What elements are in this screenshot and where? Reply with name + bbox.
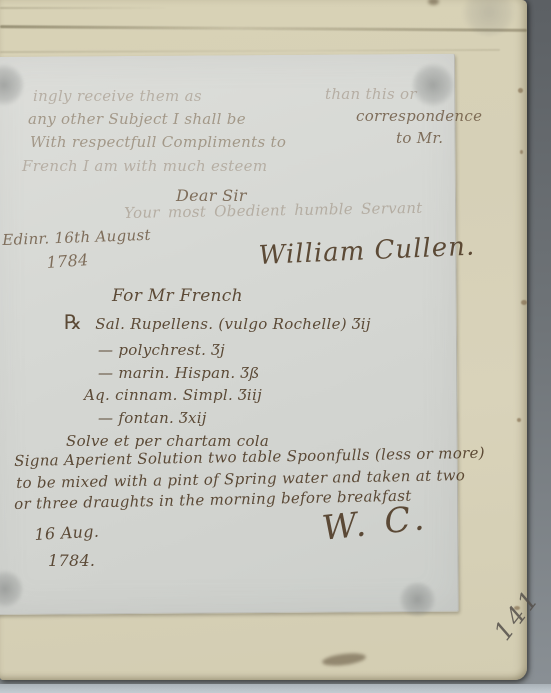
- foxing-spot: [518, 88, 523, 93]
- foxing-spot: [521, 300, 527, 305]
- letter-line-faded-3b: to Mr.: [396, 129, 443, 148]
- letter-line-faded-2b: correspondence: [356, 107, 482, 126]
- letter-line-faded-1b: than this or: [325, 85, 417, 104]
- prescription-item: Aq. cinnam. Simpl. Ʒiij: [84, 386, 262, 405]
- letter-line-faded-3a: With respectfull Compliments to: [30, 133, 286, 152]
- page-crease: [0, 7, 170, 9]
- letter-line-faded-4: French I am with much esteem: [22, 157, 267, 176]
- dateline-year: 1784: [46, 250, 89, 273]
- letter-line-faded-2a: any other Subject I shall be: [28, 110, 246, 129]
- foxing-spot: [517, 418, 521, 422]
- rx-symbol: ℞: [64, 310, 82, 334]
- prescription-item: — marin. Hispan. Ʒß: [98, 364, 260, 383]
- prescription-heading: For Mr French: [112, 286, 243, 307]
- letter-line-faded-1a: ingly receive them as: [33, 87, 202, 106]
- table-surface: [0, 684, 551, 693]
- prescription-date-year: 1784.: [48, 551, 95, 571]
- foxing-spot: [520, 150, 523, 154]
- prescription-line: ℞Sal. Rupellens. (vulgo Rochelle) Ʒij: [64, 310, 371, 335]
- prescription-item: Sal. Rupellens. (vulgo Rochelle) Ʒij: [95, 315, 371, 333]
- prescription-item: — fontan. Ʒxij: [98, 409, 207, 428]
- prescription-date-day: 16 Aug.: [34, 522, 100, 545]
- photo-canvas: 141 ingly receive them as than this or a…: [0, 0, 551, 693]
- prescription-item: — polychrest. Ʒj: [98, 341, 225, 360]
- adhesive-smudge: [412, 63, 454, 107]
- adhesive-smudge: [399, 582, 436, 617]
